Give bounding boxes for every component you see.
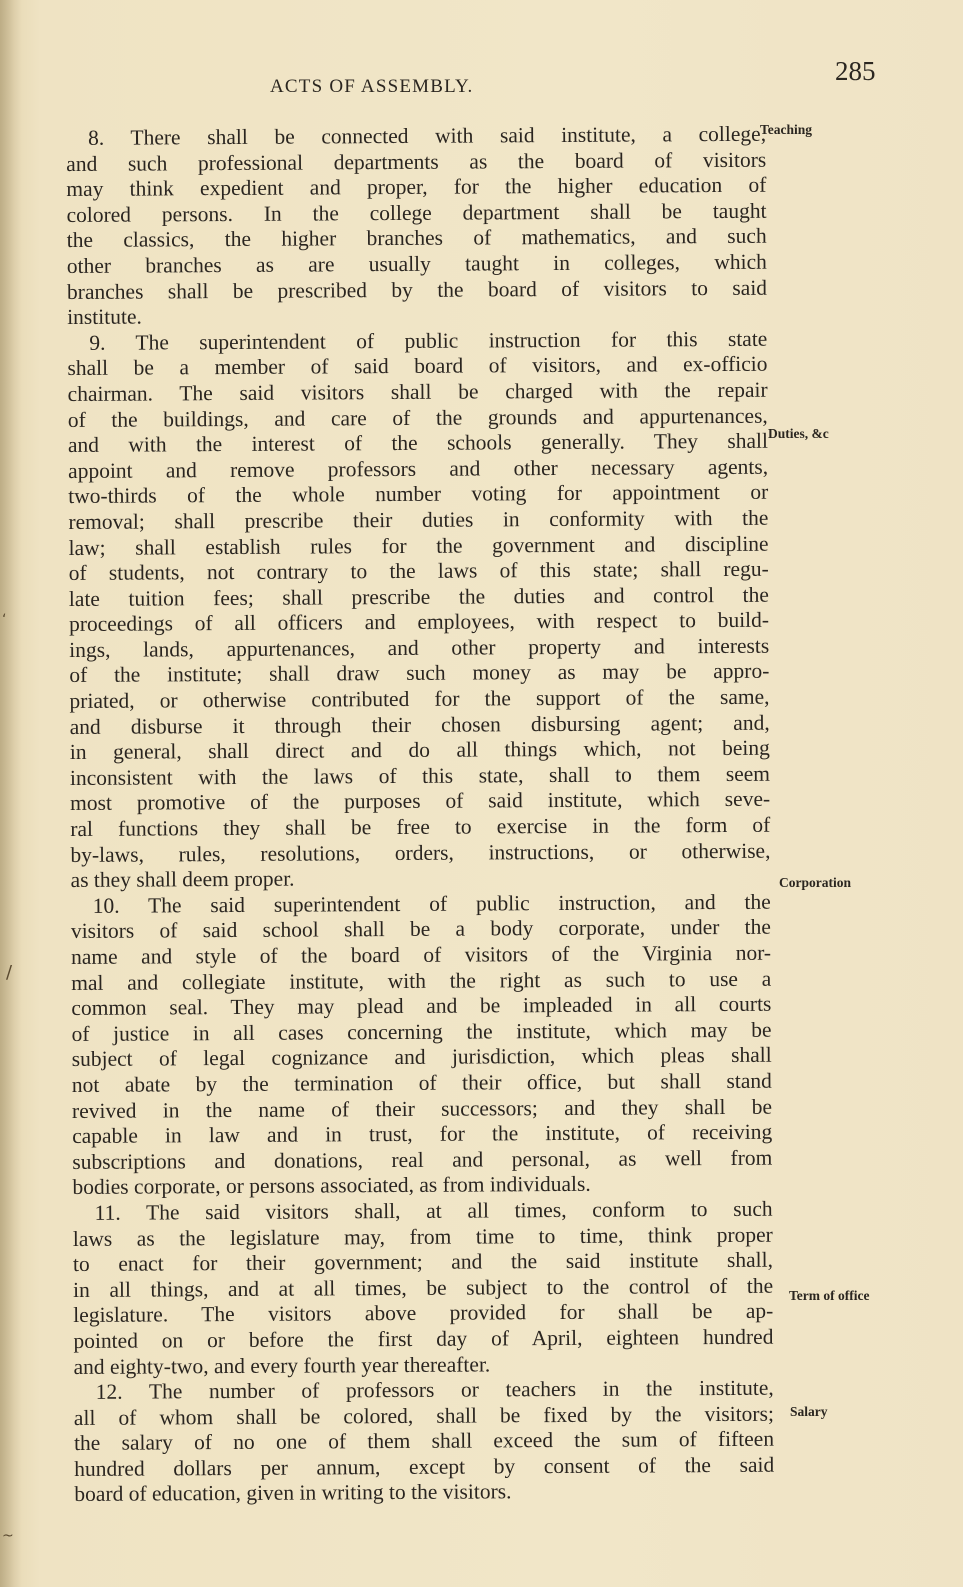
margin-note: Corporation <box>779 875 851 891</box>
margin-note: Salary <box>790 1404 828 1420</box>
scanned-page: ACTS OF ASSEMBLY. 285 8. There shall be … <box>0 0 963 1587</box>
margin-note: Teaching <box>760 122 812 138</box>
margin-note: Duties, &c <box>768 426 829 442</box>
margin-mark: ~ <box>2 1528 14 1544</box>
margin-note: Term of office <box>789 1288 869 1304</box>
margin-mark: / <box>6 962 12 983</box>
margin-mark: ‘ <box>2 612 6 628</box>
margin-notes: TeachingDuties, &cCorporationTerm of off… <box>0 0 963 1587</box>
